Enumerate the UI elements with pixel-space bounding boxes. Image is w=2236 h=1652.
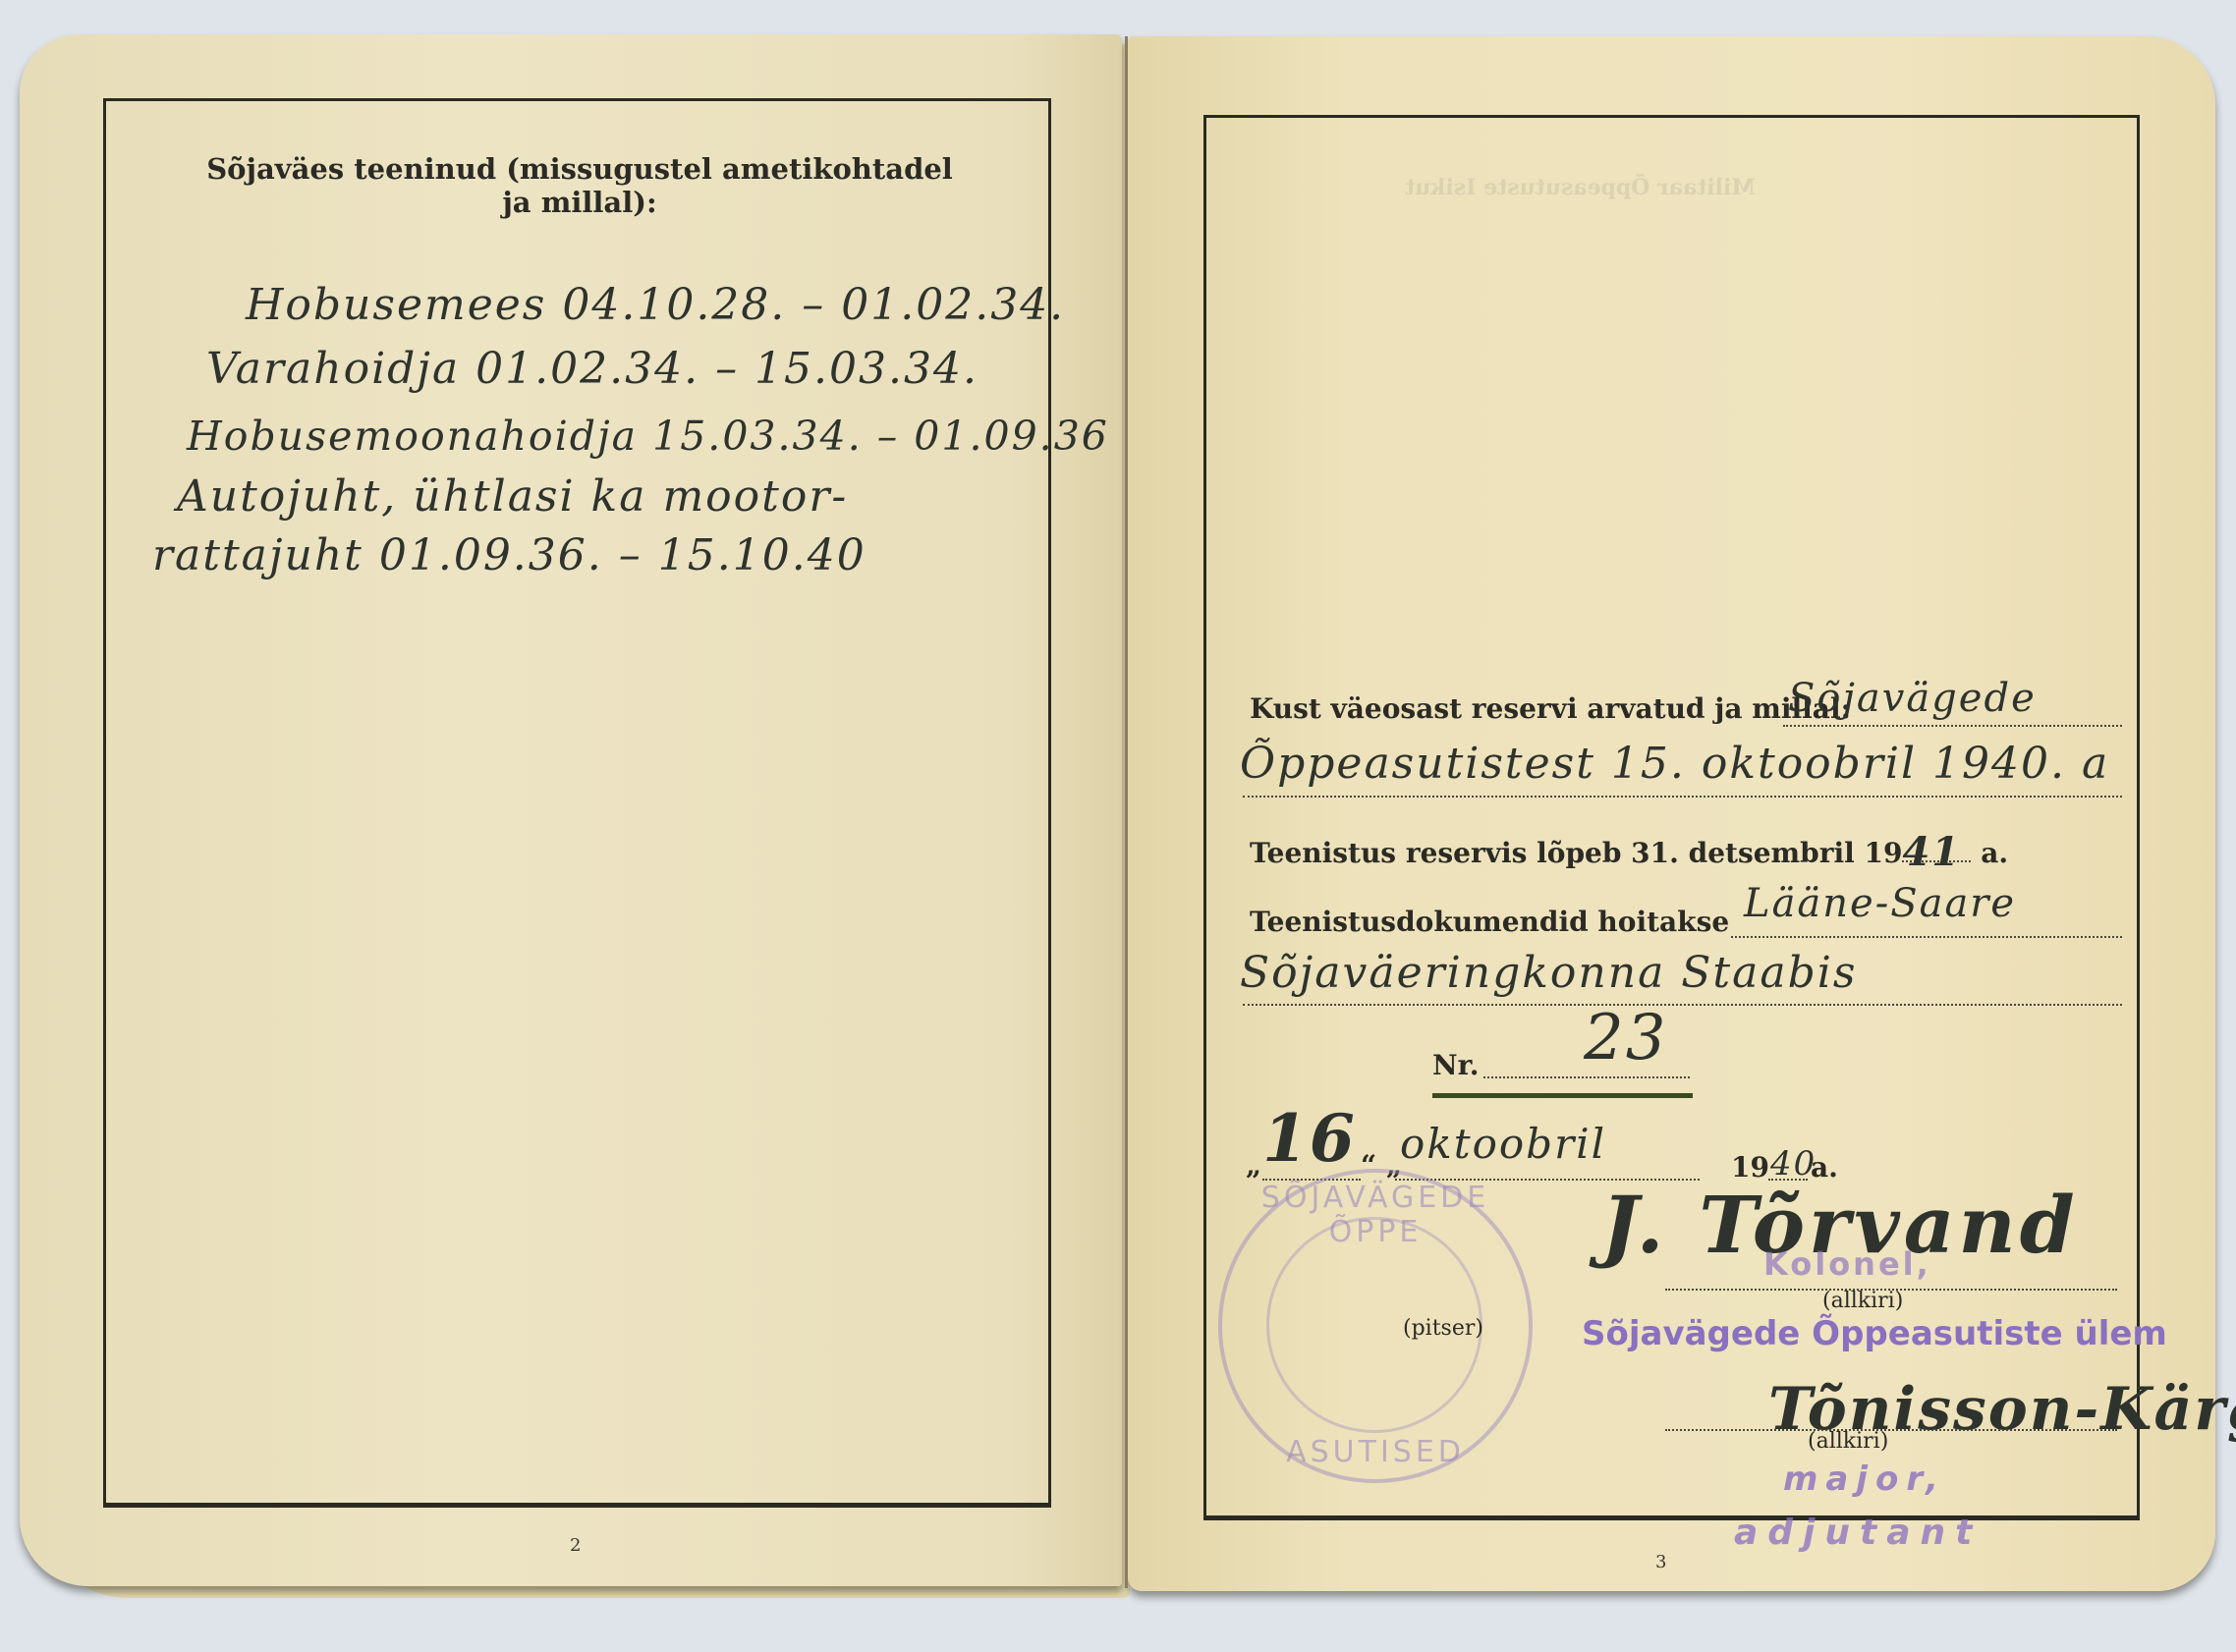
stamp-text-bottom: ASUTISED [1222,1435,1529,1469]
signature-dotted-line [1665,1429,2117,1431]
dotted-line [1243,796,2122,798]
service-heading: Sõjaväes teeninud (missugustel ametikoht… [196,152,963,219]
dotted-line [1783,725,2122,727]
date-quote-open: „ [1246,1149,1261,1182]
service-entry: Hobusemoonahoidja 15.03.34. – 01.09.36 [187,413,1109,460]
reserve-end-year: 41 [1902,829,1961,875]
reserve-end-suffix: a. [1981,837,2008,869]
reserve-end-label: Teenistus reservis lõpeb 31. detsembril … [1250,837,2008,869]
documents-kept-value: Lääne-Saare [1744,881,2016,926]
signature-caption: (allkiri) [1822,1289,1903,1313]
reserve-from-label: Kust väeosast reservi arvatud ja millal: [1250,692,1851,725]
reserve-end-prefix: Teenistus reservis lõpeb 31. detsembril … [1250,837,1902,869]
booklet-spine [1125,36,1128,1588]
dotted-line [1483,1076,1690,1078]
reserve-from-value: Õppeasutistest 15. oktoobril 1940. a [1240,739,2109,789]
page-number-right: 3 [1655,1552,1666,1572]
number-value: 23 [1584,1002,1667,1074]
service-entry: rattajuht 01.09.36. – 15.10.40 [152,530,866,580]
signature-caption: (allkiri) [1808,1429,1888,1454]
major-rank-stamp: major, [1783,1459,1946,1499]
documents-kept-label: Teenistusdokumendid hoitakse [1250,906,1729,938]
dotted-line [1731,936,2122,938]
dotted-line [1243,1004,2122,1006]
commander-title-stamp: Sõjavägede Õppeasutiste ülem [1582,1314,2167,1353]
stamp-label: (pitser) [1403,1316,1483,1341]
reserve-from-value: Sõjavägede [1788,676,2037,721]
date-day: 16 [1262,1100,1357,1177]
bleed-through-text: Militaar Õppeasutuste Isikut [1405,175,1756,200]
colonel-rank-stamp: Kolonel, [1763,1245,1931,1283]
adjutant-title-stamp: adjutant [1734,1513,1982,1553]
official-seal-stamp: SÕJAVÄGEDE ÕPPE ASUTISED [1218,1169,1533,1483]
separator-rule [1432,1093,1693,1098]
number-label: Nr. [1432,1049,1480,1081]
stamp-text-top: SÕJAVÄGEDE ÕPPE [1222,1181,1529,1249]
service-entry: Varahoidja 01.02.34. – 15.03.34. [206,344,978,394]
date-month: oktoobril [1400,1120,1606,1168]
service-entry: Hobusemees 04.10.28. – 01.02.34. [246,280,1065,330]
page-number-left: 2 [570,1535,581,1556]
service-entry: Autojuht, ühtlasi ka mootor- [177,471,848,522]
documents-kept-value: Sõjaväeringkonna Staabis [1240,948,1857,998]
